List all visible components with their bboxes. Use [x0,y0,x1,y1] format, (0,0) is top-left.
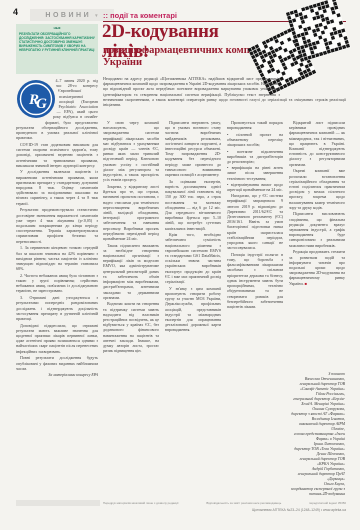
sidebar-kicker: НБФ [19,26,95,30]
sidebar-paragraph: COVID-19 став додатковим викликом для си… [16,142,98,168]
article-paragraph: Підписанти звертають увагу, що в умовах … [165,120,221,177]
article-paragraph: • поетапне підключення виробників та дис… [227,149,283,165]
article-closing-paragraph: Редакція продовжить стежити за розвитком… [289,249,345,285]
section-label: :: події та коментарі [103,11,177,20]
sidebar-study-teaser: НБФ РЕЗУЛЬТАТИ ОБСЕРВАЦІЙНОГО ДОСЛІДЖЕНН… [16,24,98,74]
sidebar-paragraph: 3. Отримані дані узгоджуються з результа… [16,295,98,321]
signature-line: голова представництва «Іпсен Фарма» в Ук… [289,432,345,442]
sidebar-study-title: РЕЗУЛЬТАТИ ОБСЕРВАЦІЙНОГО ДОСЛІДЖЕННЯ: З… [19,32,95,52]
footer-decorative-bar [16,500,100,506]
article-paragraph: Нагадаємо, що у ЄС система верифікації з… [227,193,283,250]
column-4-paragraphs: Відкритий лист підписали керівники прові… [289,120,345,249]
signature-line: генеральний директор «Берлін-Хемі/А. Мен… [289,397,345,407]
sidebar-paragraph: Повні результати дослідження будуть опуб… [16,355,98,371]
signature-line: генеральний директор ТОВ «КРКА Україна» [289,457,345,467]
rg-logo-graphic: R G [16,79,56,119]
article-paragraph: Підписанти висловлюють сподівання, що фі… [289,211,345,247]
article-column-1: У свою чергу компанії наголошують, що за… [103,120,159,497]
sidebar-paragraph: У дослідження включали пацієнтів із вира… [16,169,98,205]
article-paragraph: Відкритий лист підписали керівники прові… [289,120,345,167]
article-paragraph: Пропонується такий порядок впровадження: [227,120,283,130]
signature-line: виконавчий директор AIPM Ukraine, [289,422,345,432]
article-paragraph: Крім того, необхідно забезпечити сумісні… [165,232,221,284]
signature-line: генеральний директор ТОВ «Санофі-Авентіс… [289,382,345,392]
article-paragraph: Позиція індустрії полягає в тому, що бор… [227,252,283,309]
sidebar-byline: За матеріалами конгресу EPA [16,373,98,378]
signature-block: З повагоюВячеслав Отченашенко,генеральни… [289,372,345,497]
lead-barcode-spacer [280,76,346,92]
sidebar-paragraph-list: 4–7 липня 2020 р. під час 28-го конгресу… [16,78,98,371]
sidebar-paragraph: Доповідачі підкреслили, що отримані резу… [16,323,98,354]
newspaper-page: { "page": { "number": "4", "rubric": "НО… [0,0,360,530]
rubric-label: НОВИНИ [45,12,91,19]
footer-note-left: Передрук матеріалів можливий лише з дозв… [103,501,178,505]
sidebar-paragraph: Результати продемонстрували статистично … [16,207,98,243]
article-paragraph: • верифікація на рівні аптек лише після … [227,165,283,181]
closing-text: Редакція продовжить стежити за розвитком… [289,249,345,285]
footer-note-right: передплатний індекс 35356 [309,501,346,505]
rg-company-logo: R G [16,79,56,119]
article-paragraph: Водночас кошти на створення та підтримку… [103,301,159,353]
signature-line: генеральний директор ПрАТ «Дарниця» [289,472,345,482]
chevron-down-icon: ▼ [94,13,98,18]
sidebar-paragraph: 2. Частота небажаних явищ була зіставною… [16,273,98,294]
edition-line: Щотижневик АПТЕКА №23–24 (1248–1249) • w… [252,508,346,512]
article-column-4: Відкритий лист підписали керівники прові… [289,120,345,497]
footer-notes: Передрук матеріалів можливий лише з дозв… [103,501,346,505]
article-paragraph: • пілотний проєкт на обмеженому переліку… [227,132,283,148]
end-of-article-marker: ■ [305,281,307,286]
article-paragraph: У зв'язку з цим компанії пропонують ство… [165,286,221,333]
article-paragraph: У свою чергу компанії наголошують, що за… [103,120,159,182]
section-rest: та коментарі [130,11,177,20]
article-paragraph: Зокрема, у відкритому листі йдеться про … [103,184,159,241]
article-paragraph: За оцінками експертів, вартість дооснаще… [165,179,221,231]
sidebar-paragraph: 1. За первинною кінцевою точкою середній… [16,245,98,271]
page-number: 4 [13,7,18,17]
article-paragraph: • відтермінування вимог щодо агрегації щ… [227,182,283,192]
article-column-3: Пропонується такий порядок впровадження:… [227,120,283,497]
section-title: події [110,11,128,20]
signature-line: координатор експертної групи з питань 2D… [289,487,345,497]
rubric-band: НОВИНИ ▼ [30,9,114,21]
footer-note-center: Відповідальність за зміст реклами несе р… [206,501,281,505]
sidebar-article-body: R G 4–7 липня 2020 р. під час 28-го конг… [16,78,98,490]
article-column-2: Підписанти звертають увагу, що в умовах … [165,120,221,497]
section-prefix: :: [103,11,108,20]
article-paragraph: Окремі компанії вже розпочали встановлен… [289,168,345,210]
article-lead: Нещодавно на адресу редакції «Щотижневик… [103,76,346,118]
article-paragraph: Також підписанти вважають за необхідне с… [103,243,159,300]
svg-text:G: G [36,96,47,112]
